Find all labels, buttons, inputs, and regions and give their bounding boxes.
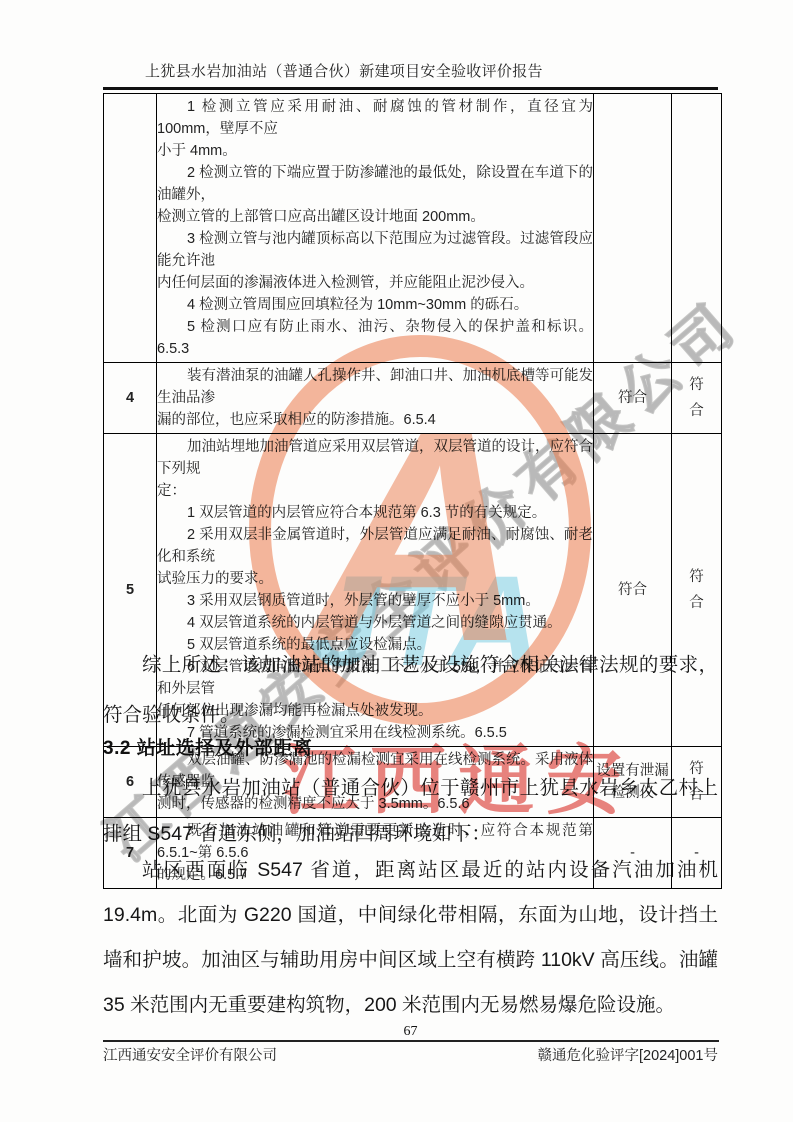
table-row: 4装有潜油泵的油罐人孔操作井、卸油口井、加油机底槽等可能发生油品渗漏的部位，也应…: [104, 363, 722, 434]
requirement-line: 漏的部位，也应采取相应的防渗措施。6.5.4: [157, 409, 593, 431]
requirement-line: 3 检测立管与池内罐顶标高以下范围应为过滤管段。过滤管段应能允许池: [157, 228, 593, 272]
conclusion-cell: 符合: [672, 363, 722, 434]
footer-rule: [103, 1040, 719, 1042]
actual-situation-cell: [594, 94, 672, 363]
requirement-line: 2 采用双层非金属管道时，外层管道应满足耐油、耐腐蚀、耐老化和系统: [157, 524, 593, 568]
requirement-line: 试验压力的要求。: [157, 568, 593, 590]
location-paragraph: 上犹县水岩加油站（普通合伙）位于赣州市上犹县水岩乡太乙村上排组 S547 省道东…: [103, 765, 718, 857]
conclusion-label: 符合: [689, 372, 704, 424]
conclusion-label: 符合: [689, 564, 704, 616]
requirement-line: 内任何层面的渗漏液体进入检测管，并应能阻止泥沙侵入。: [157, 272, 593, 294]
surroundings-paragraph: 站区西面临 S547 省道，距离站区最近的站内设备汽油加油机 19.4m。北面为…: [103, 848, 718, 1028]
footer-company: 江西通安安全评价有限公司: [103, 1044, 277, 1065]
document-page: 上犹县水岩加油站（普通合伙）新建项目安全验收评价报告 1 检测立管应采用耐油、耐…: [0, 0, 793, 1122]
table-row: 1 检测立管应采用耐油、耐腐蚀的管材制作，直径宜为 100mm，壁厚不应小于 4…: [104, 94, 722, 363]
requirement-line: 小于 4mm。: [157, 140, 593, 162]
requirement-line: 4 检测立管周围应回填粒径为 10mm~30mm 的砾石。: [157, 294, 593, 316]
row-number-cell: [104, 94, 157, 363]
page-header-title: 上犹县水岩加油站（普通合伙）新建项目安全验收评价报告: [145, 60, 543, 81]
conclusion-cell: [672, 94, 722, 363]
section-heading: 3.2 站址选择及外部距离: [103, 733, 312, 760]
requirement-line: 2 检测立管的下端应置于防渗罐池的最低处，除设置在车道下的油罐外，: [157, 162, 593, 206]
requirement-line: 1 双层管道的内层管应符合本规范第 6.3 节的有关规定。: [157, 502, 593, 524]
summary-paragraph: 综上所述：该加油站的加油工艺及设施符合相关法律法规的要求，符合验收条件。: [103, 640, 718, 740]
requirement-line: 定：: [157, 480, 593, 502]
requirement-line: 装有潜油泵的油罐人孔操作井、卸油口井、加油机底槽等可能发生油品渗: [157, 365, 593, 409]
requirement-line: 1 检测立管应采用耐油、耐腐蚀的管材制作，直径宜为 100mm，壁厚不应: [157, 96, 593, 140]
page-number: 67: [103, 1024, 718, 1040]
header-rule: [103, 87, 718, 90]
row-number-cell: 4: [104, 363, 157, 434]
requirement-line: 加油站埋地加油管道应采用双层管道，双层管道的设计，应符合下列规: [157, 436, 593, 480]
actual-situation-cell: 符合: [594, 363, 672, 434]
requirement-line: 检测立管的上部管口应高出罐区设计地面 200mm。: [157, 206, 593, 228]
requirement-text-cell: 1 检测立管应采用耐油、耐腐蚀的管材制作，直径宜为 100mm，壁厚不应小于 4…: [157, 94, 594, 363]
requirement-text-cell: 装有潜油泵的油罐人孔操作井、卸油口井、加油机底槽等可能发生油品渗漏的部位，也应采…: [157, 363, 594, 434]
footer-doc-number: 赣通危化验评字[2024]001号: [537, 1044, 718, 1065]
requirement-line: 4 双层管道系统的内层管道与外层管道之间的缝隙应贯通。: [157, 612, 593, 634]
requirement-line: 5 检测口应有防止雨水、油污、杂物侵入的保护盖和标识。6.5.3: [157, 316, 593, 360]
requirement-line: 3 采用双层钢质管道时，外层管的壁厚不应小于 5mm。: [157, 590, 593, 612]
